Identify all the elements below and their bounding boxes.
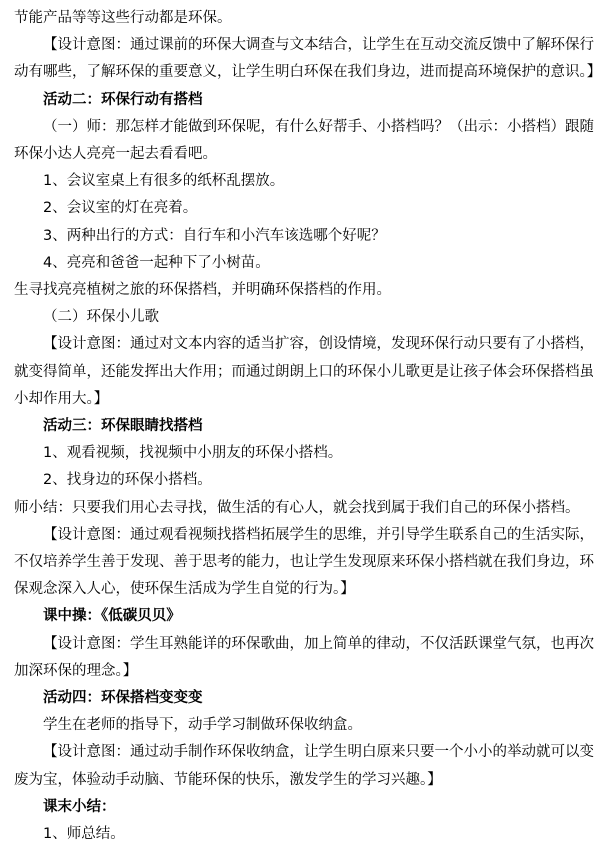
paragraph-section-2-title: （二）环保小儿歌: [14, 304, 594, 331]
heading-end-of-class-summary: 课末小结：: [14, 794, 594, 821]
list-item-teacher-conclusion: 1、师总结。: [14, 821, 594, 848]
list-item-2: 2、会议室的灯在亮着。: [14, 195, 594, 222]
list-item-1: 1、会议室桌上有很多的纸杯乱摆放。: [14, 168, 594, 195]
paragraph-teacher-summary: 师小结：只要我们用心去寻找，做生活的有心人，就会找到属于我们自己的环保小搭档。: [14, 495, 594, 522]
list-item-3: 3、两种出行的方式：自行车和小汽车该选哪个好呢？: [14, 223, 594, 250]
paragraph-design-intent-4: 【设计意图：学生耳熟能详的环保歌曲，加上简单的律动，不仅活跃课堂气氛，也再次加深…: [14, 631, 594, 685]
document-page: 节能产品等等这些行动都是环保。 【设计意图：通过课前的环保大调查与文本结合，让学…: [0, 0, 607, 848]
paragraph-handcraft-task: 学生在老师的指导下，动手学习制做环保收纳盒。: [14, 712, 594, 739]
heading-activity-2: 活动二：环保行动有搭档: [14, 87, 594, 114]
heading-activity-3: 活动三：环保眼睛找搭档: [14, 413, 594, 440]
heading-activity-4: 活动四：环保搭档变变变: [14, 685, 594, 712]
paragraph-student-task: 生寻找亮亮植树之旅的环保搭档，并明确环保搭档的作用。: [14, 277, 594, 304]
paragraph-design-intent-3: 【设计意图：通过观看视频找搭档拓展学生的思维，并引导学生联系自己的生活实际，不仅…: [14, 522, 594, 604]
list-item-4: 4、亮亮和爸爸一起种下了小树苗。: [14, 250, 594, 277]
paragraph-teacher-question: （一）师：那怎样才能做到环保呢，有什么好帮手、小搭档吗？（出示：小搭档）跟随环保…: [14, 114, 594, 168]
list-item-watch-video: 1、观看视频，找视频中小朋友的环保小搭档。: [14, 440, 594, 467]
paragraph-body-continuation: 节能产品等等这些行动都是环保。: [14, 5, 594, 32]
heading-mid-class-exercise: 课中操：《低碳贝贝》: [14, 603, 594, 630]
paragraph-design-intent-5: 【设计意图：通过动手制作环保收纳盒，让学生明白原来只要一个小小的举动就可以变废为…: [14, 739, 594, 793]
paragraph-design-intent-2: 【设计意图：通过对文本内容的适当扩容，创设情境，发现环保行动只要有了小搭档，就变…: [14, 331, 594, 413]
paragraph-design-intent-1: 【设计意图：通过课前的环保大调查与文本结合，让学生在互动交流反馈中了解环保行动有…: [14, 32, 594, 86]
list-item-find-partner: 2、找身边的环保小搭档。: [14, 467, 594, 494]
